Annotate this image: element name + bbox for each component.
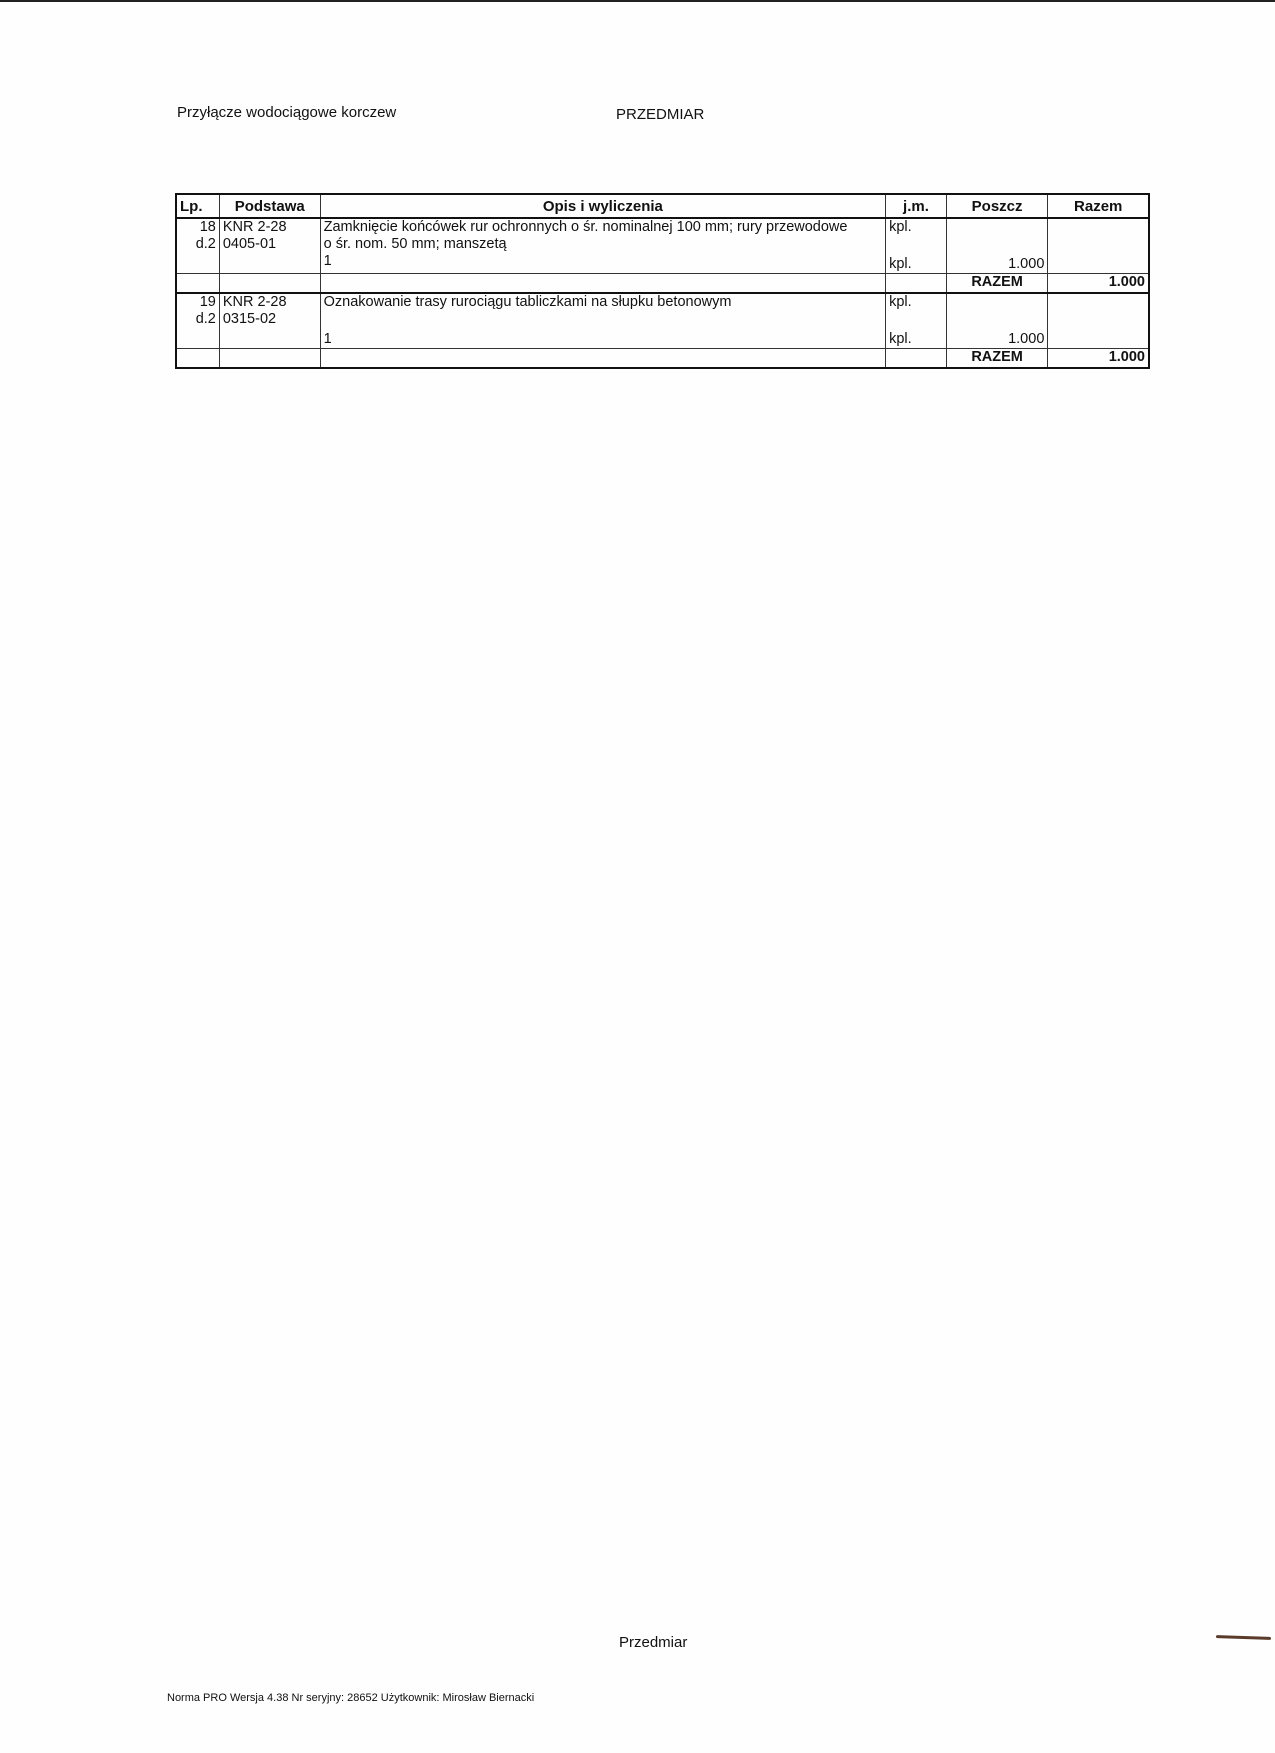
cell-razem <box>1048 218 1149 274</box>
cell-opis: Oznakowanie trasy rurociągu tabliczkami … <box>320 293 885 349</box>
scan-top-edge <box>0 0 1275 2</box>
cell-podstawa: KNR 2-28 0315-02 <box>219 293 320 349</box>
column-header-podstawa: Podstawa <box>219 194 320 218</box>
razem-row: RAZEM 1.000 <box>176 349 1149 369</box>
column-header-poszcz: Poszcz <box>946 194 1048 218</box>
page-footer-label: Przedmiar <box>619 1634 687 1651</box>
opis-line: Oznakowanie trasy rurociągu tabliczkami … <box>324 294 882 311</box>
column-header-jm: j.m. <box>886 194 947 218</box>
podstawa-code: 0315-02 <box>223 311 317 328</box>
cell-lp: 19 d.2 <box>176 293 219 349</box>
cell-opis: Zamknięcie końcówek rur ochronnych o śr.… <box>320 218 885 274</box>
wyliczenie: 1 <box>324 331 882 348</box>
opis-line: o śr. nom. 50 mm; manszetą <box>324 236 882 253</box>
unit-calc: kpl. <box>889 256 943 273</box>
table-header-row: Lp. Podstawa Opis i wyliczenia j.m. Posz… <box>176 194 1149 218</box>
column-header-lp: Lp. <box>176 194 219 218</box>
wyliczenie: 1 <box>324 253 882 270</box>
poszcz-value: 1.000 <box>950 331 1045 348</box>
unit-calc: kpl. <box>889 331 943 348</box>
cell-jm: kpl. kpl. <box>886 293 947 349</box>
cell-jm: kpl. kpl. <box>886 218 947 274</box>
razem-label: RAZEM <box>946 349 1048 369</box>
document-type-title: PRZEDMIAR <box>616 106 704 123</box>
item-subnumber: d.2 <box>180 311 216 328</box>
opis-line: Zamknięcie końcówek rur ochronnych o śr.… <box>324 219 882 236</box>
cell-lp: 18 d.2 <box>176 218 219 274</box>
podstawa-code: 0405-01 <box>223 236 317 253</box>
razem-row: RAZEM 1.000 <box>176 274 1149 294</box>
unit: kpl. <box>889 294 943 311</box>
table-row: 19 d.2 KNR 2-28 0315-02 Oznakowanie tras… <box>176 293 1149 349</box>
podstawa-catalog: KNR 2-28 <box>223 294 317 311</box>
cell-razem <box>1048 293 1149 349</box>
project-title: Przyłącze wodociągowe korczew <box>177 104 396 121</box>
column-header-razem: Razem <box>1048 194 1149 218</box>
software-info: Norma PRO Wersja 4.38 Nr seryjny: 28652 … <box>167 1692 534 1704</box>
cell-poszcz: 1.000 <box>946 218 1048 274</box>
item-number: 18 <box>180 219 216 236</box>
cell-podstawa: KNR 2-28 0405-01 <box>219 218 320 274</box>
razem-value: 1.000 <box>1048 274 1149 294</box>
unit: kpl. <box>889 219 943 236</box>
poszcz-value: 1.000 <box>950 256 1045 273</box>
razem-label: RAZEM <box>946 274 1048 294</box>
item-subnumber: d.2 <box>180 236 216 253</box>
scan-artifact-mark <box>1216 1635 1271 1640</box>
przedmiar-table: Lp. Podstawa Opis i wyliczenia j.m. Posz… <box>175 193 1150 369</box>
item-number: 19 <box>180 294 216 311</box>
cell-poszcz: 1.000 <box>946 293 1048 349</box>
podstawa-catalog: KNR 2-28 <box>223 219 317 236</box>
table-row: 18 d.2 KNR 2-28 0405-01 Zamknięcie końcó… <box>176 218 1149 274</box>
column-header-opis: Opis i wyliczenia <box>320 194 885 218</box>
razem-value: 1.000 <box>1048 349 1149 369</box>
